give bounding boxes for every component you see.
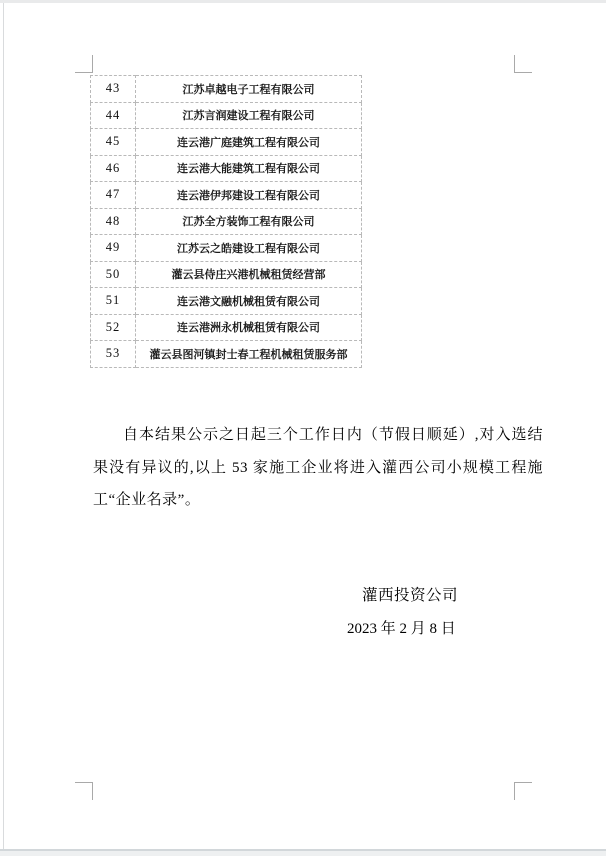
table-row: 46 连云港大能建筑工程有限公司 — [91, 155, 362, 182]
margin-crop-mark-top-left — [75, 55, 93, 73]
company-name: 江苏云之皓建设工程有限公司 — [136, 235, 362, 262]
row-number: 48 — [91, 208, 136, 235]
company-name: 连云港广庭建筑工程有限公司 — [136, 129, 362, 156]
signature-company: 灌西投资公司 — [362, 583, 458, 605]
row-number: 47 — [91, 182, 136, 209]
table-row: 44 江苏言润建设工程有限公司 — [91, 102, 362, 129]
company-name: 连云港伊邦建设工程有限公司 — [136, 182, 362, 209]
row-number: 52 — [91, 314, 136, 341]
table-row: 51 连云港文融机械租赁有限公司 — [91, 288, 362, 315]
company-name: 连云港文融机械租赁有限公司 — [136, 288, 362, 315]
page-edge-left — [3, 3, 4, 849]
company-name: 灌云县侍庄兴港机械租赁经营部 — [136, 261, 362, 288]
table-row: 47 连云港伊邦建设工程有限公司 — [91, 182, 362, 209]
row-number: 49 — [91, 235, 136, 262]
closing-paragraph: 自本结果公示之日起三个工作日内（节假日顺延）,对入选结果没有异议的,以上 53 … — [93, 419, 543, 517]
page-edge-bottom — [0, 849, 606, 856]
table-row: 52 连云港洲永机械租赁有限公司 — [91, 314, 362, 341]
document-page: 43 江苏卓越电子工程有限公司 44 江苏言润建设工程有限公司 45 连云港广庭… — [0, 0, 606, 856]
page-edge-top — [0, 0, 606, 3]
table-row: 53 灌云县图河镇封士春工程机械租赁服务部 — [91, 341, 362, 368]
company-name: 连云港洲永机械租赁有限公司 — [136, 314, 362, 341]
row-number: 45 — [91, 129, 136, 156]
row-number: 53 — [91, 341, 136, 368]
margin-crop-mark-bottom-right — [514, 782, 532, 800]
table-row: 45 连云港广庭建筑工程有限公司 — [91, 129, 362, 156]
margin-crop-mark-bottom-left — [75, 782, 93, 800]
row-number: 43 — [91, 76, 136, 103]
company-name: 灌云县图河镇封士春工程机械租赁服务部 — [136, 341, 362, 368]
row-number: 50 — [91, 261, 136, 288]
company-name: 江苏全方装饰工程有限公司 — [136, 208, 362, 235]
vendor-table: 43 江苏卓越电子工程有限公司 44 江苏言润建设工程有限公司 45 连云港广庭… — [90, 75, 362, 368]
table-row: 43 江苏卓越电子工程有限公司 — [91, 76, 362, 103]
company-name: 连云港大能建筑工程有限公司 — [136, 155, 362, 182]
table-row: 48 江苏全方装饰工程有限公司 — [91, 208, 362, 235]
signature-date: 2023 年 2 月 8 日 — [347, 617, 456, 638]
margin-crop-mark-top-right — [514, 55, 532, 73]
row-number: 46 — [91, 155, 136, 182]
company-name: 江苏言润建设工程有限公司 — [136, 102, 362, 129]
table-row: 49 江苏云之皓建设工程有限公司 — [91, 235, 362, 262]
row-number: 51 — [91, 288, 136, 315]
table-row: 50 灌云县侍庄兴港机械租赁经营部 — [91, 261, 362, 288]
company-name: 江苏卓越电子工程有限公司 — [136, 76, 362, 103]
row-number: 44 — [91, 102, 136, 129]
